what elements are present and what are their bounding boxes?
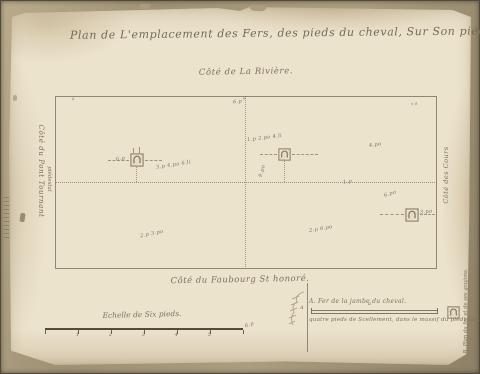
dimension-scribble: 4 [175, 333, 178, 338]
dimension-scribble: 6.po [383, 189, 397, 199]
dimension-scribble: a [368, 301, 371, 307]
dimension-scribble: 6.p [233, 99, 243, 106]
dimension-scribble: 3.po [420, 208, 433, 215]
dimension-scribble: A [300, 305, 304, 311]
dimension-scribble: 6.p [116, 155, 126, 162]
dimension-scribble: 3 [142, 333, 145, 338]
dimension-scribble: 5 [208, 333, 211, 338]
dimension-scribble: 2.p 3.po [140, 229, 164, 240]
dimension-scribble: 4.po [369, 141, 382, 149]
dimension-scribble: 1.p 2.po 4.li [247, 133, 283, 143]
dimension-scribble: 2 [109, 333, 112, 338]
dimension-annotations: ay.x a6.p6.p3.p 4.po 6.li1.p 2.po 4.li9.… [0, 0, 480, 374]
dimension-scribble: 9.po [258, 164, 267, 178]
dimension-scribble: a [72, 97, 76, 102]
dimension-scribble: x a [411, 102, 418, 108]
dimension-scribble: 3.p 4.po 6.li [156, 159, 192, 170]
photographed-drawing: Plan de L'emplacement des Fers, des pied… [0, 0, 480, 374]
dimension-scribble: 6.p [244, 321, 255, 330]
dimension-scribble: y. [243, 96, 247, 101]
dimension-scribble: 1.p [343, 178, 353, 186]
dimension-scribble: 2.p 6.po [309, 224, 333, 234]
dimension-scribble: 1 [76, 333, 79, 338]
